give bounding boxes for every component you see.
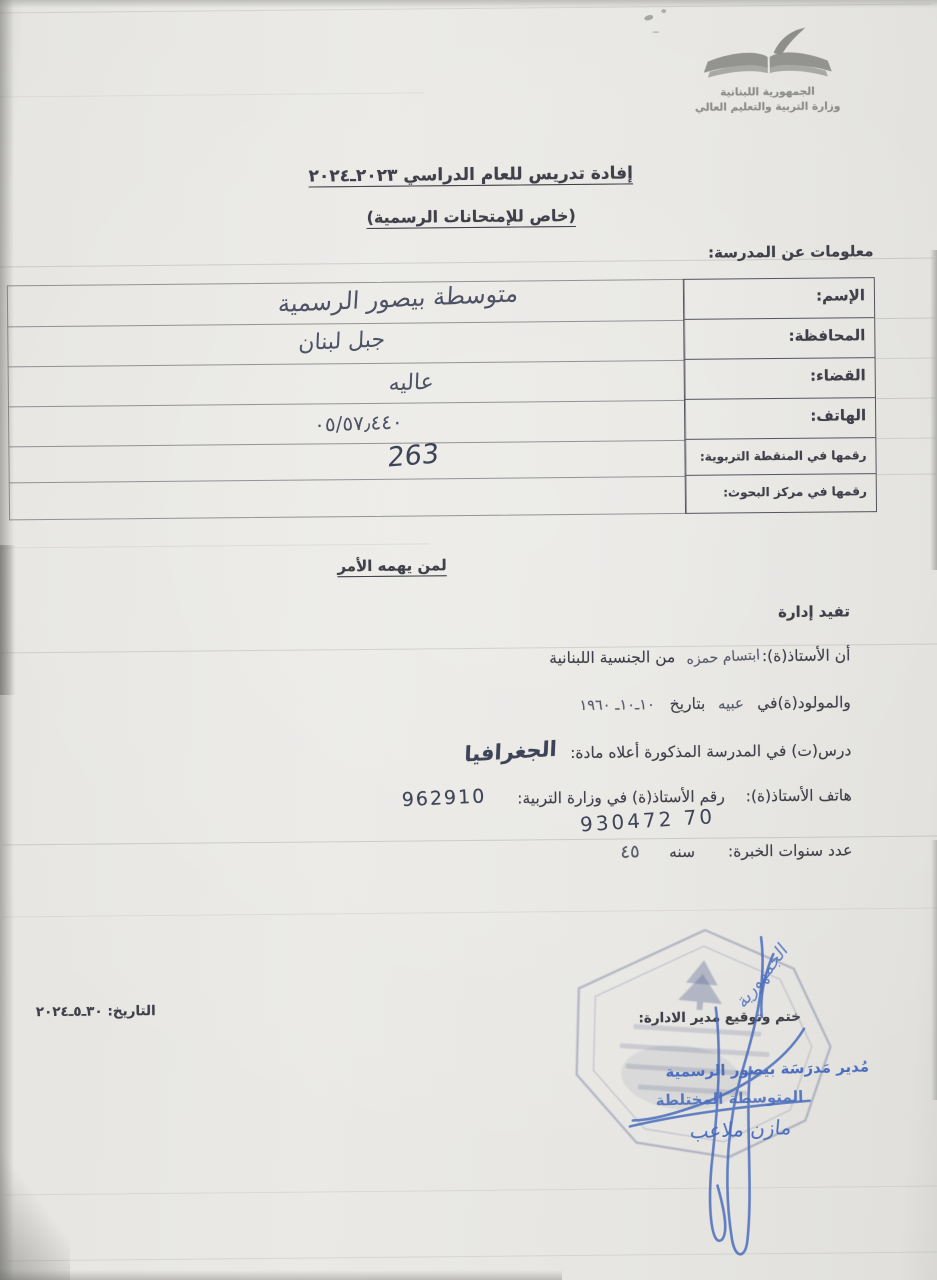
ruled-line: [876, 358, 935, 360]
teacher-line-post: من الجنسية اللبنانية: [549, 648, 675, 667]
experience-value-handwritten: ٤٥: [620, 841, 640, 863]
birth-line-pre: والمولود(ة)في: [757, 693, 851, 712]
value-row: [9, 440, 685, 483]
signature-strokes: [558, 914, 891, 1267]
teacher-line-pre: أن الأستاذ(ة):: [762, 646, 851, 665]
birth-line: والمولود(ة)في عبيه بتاريخ ١٠ـ١٠ـ ١٩٦٠: [579, 693, 851, 714]
ruled-line: [876, 398, 935, 400]
teacher-name-handwritten: ابتسام حمزه: [686, 647, 761, 668]
ministry-number-handwritten: 962910: [401, 785, 486, 811]
school-info-heading: معلومات عن المدرسة:: [708, 242, 874, 262]
ink-smudge: [661, 9, 666, 13]
ruled-line: [877, 474, 936, 476]
subject-line-pre: درس(ت) في المدرسة المذكورة أعلاه مادة:: [570, 741, 851, 762]
ruled-line: [875, 318, 934, 320]
document-subtitle: (خاص للإمتحانات الرسمية): [301, 205, 641, 227]
ruled-line: [876, 438, 935, 440]
subject-line: درس(ت) في المدرسة المذكورة أعلاه مادة: ا…: [465, 736, 852, 764]
school-info-table: متوسطة بيصور الرسمية جبل لبنان عاليه ٠٥/…: [7, 277, 877, 518]
teacher-line: أن الأستاذ(ة):ابتسام حمزه من الجنسية الل…: [549, 646, 850, 667]
subject-handwritten: الجغرافيا: [464, 737, 557, 767]
experience-line: عدد سنوات الخبرة: سنه ٤٥: [621, 839, 853, 862]
document-content: الجمهورية اللبنانية وزارة التربية والتعل…: [0, 0, 937, 1280]
experience-label: عدد سنوات الخبرة:: [728, 841, 852, 860]
label-district: القضاء:: [685, 358, 875, 400]
teacher-phone-label: هاتف الأستاذ(ة):: [746, 786, 852, 805]
ministry-logo-block: الجمهورية اللبنانية وزارة التربية والتعل…: [634, 26, 900, 117]
salutation: لمن يهمه الأمر: [299, 556, 484, 576]
school-info-labels: الإسم: المحافظة: القضاء: الهاتف: رقمها ف…: [683, 277, 877, 514]
label-zone-number: رقمها في المنقطة التربوية:: [685, 438, 875, 476]
label-governorate: المحافظة:: [684, 318, 874, 360]
ministry-title: وزارة التربية والتعليم العالي: [635, 99, 900, 117]
document-title: إفادة تدريس للعام الدراسي ٢٠٢٣ـ٢٠٢٤: [251, 163, 691, 187]
birthdate-handwritten: ١٠ـ١٠ـ ١٩٦٠: [579, 697, 655, 714]
open-book-logo-icon: [687, 26, 848, 86]
ruled-line: [0, 543, 429, 548]
label-name: الإسم:: [684, 278, 874, 320]
contact-line: هاتف الأستاذ(ة): رقم الأستاذ(ة) في وزارة…: [402, 783, 852, 809]
birth-line-mid: بتاريخ: [670, 695, 706, 713]
birthplace-handwritten: عبيه: [718, 694, 745, 713]
date-line: التاريخ: ٣٠ـ٥ـ٢٠٢٤: [36, 1003, 156, 1020]
school-phone-handwritten: ٠٥/٥٧٫٤٤٠: [314, 409, 403, 436]
school-info-values: متوسطة بيصور الرسمية جبل لبنان عاليه ٠٥/…: [7, 279, 687, 520]
scanned-document: الجمهورية اللبنانية وزارة التربية والتعل…: [0, 0, 937, 1280]
label-research-number: رقمها في مركز البحوث:: [686, 474, 876, 513]
district-handwritten: عاليه: [388, 370, 434, 397]
ministry-name: الجمهورية اللبنانية وزارة التربية والتعل…: [635, 84, 900, 117]
ruled-line: [0, 4, 931, 14]
opening-phrase: تفيد إدارة: [778, 602, 850, 621]
label-phone: الهاتف:: [685, 398, 875, 440]
zone-number-handwritten: 263: [387, 438, 440, 473]
teacher-phone-handwritten: 70 930472: [579, 804, 715, 836]
governorate-handwritten: جبل لبنان: [298, 327, 386, 356]
ink-smudge: [644, 14, 654, 21]
experience-unit: سنه: [669, 843, 695, 861]
ruled-line: [0, 92, 425, 97]
